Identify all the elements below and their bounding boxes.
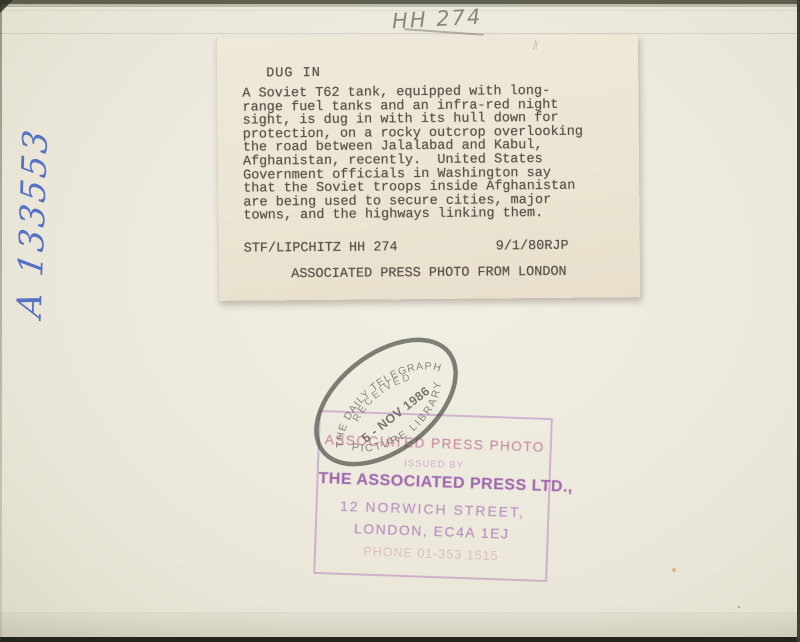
caption-date-code: 9/1/80RJP: [496, 240, 569, 254]
stain-speck: [672, 568, 676, 572]
stamp-department: PICTURE LIBRARY: [346, 374, 459, 472]
press-photo-verso: HH 274 A 133553 DUG IN A Soviet T62 tank…: [0, 0, 800, 642]
ap-stamp-line: LONDON, EC4A 1EJ: [317, 519, 547, 543]
handwritten-archive-number: A 133553: [9, 99, 63, 347]
scan-edge-bottom: [0, 637, 800, 642]
scan-edge-top-shadow: [0, 4, 800, 7]
caption-source-line: ASSOCIATED PRESS PHOTO FROM LONDON: [218, 265, 640, 282]
svg-text:PICTURE LIBRARY: PICTURE LIBRARY: [346, 374, 459, 472]
caption-title: DUG IN: [266, 67, 321, 81]
scan-edge-left: [0, 0, 2, 642]
paper-shading: [0, 613, 800, 637]
caption-body: A Soviet T62 tank, equipped with long- r…: [242, 84, 628, 223]
ap-stamp-line: PHONE 01-353 1515: [316, 543, 546, 565]
stamp-oval-border: [293, 318, 478, 486]
caption-card: DUG IN A Soviet T62 tank, equipped with …: [216, 34, 640, 301]
received-date-stamp: THE DAILY TELEGRAPH RECEIVED 5 - NOV 198…: [278, 318, 494, 486]
stain-speck: [738, 606, 740, 608]
caption-credit: STF/LIPCHITZ HH 274: [244, 241, 398, 256]
dark-corner-top-left: [0, 0, 13, 13]
ap-stamp-line: 12 NORWICH STREET,: [317, 497, 547, 521]
paper-crease: [0, 33, 800, 34]
pencil-smudge: [536, 42, 543, 50]
